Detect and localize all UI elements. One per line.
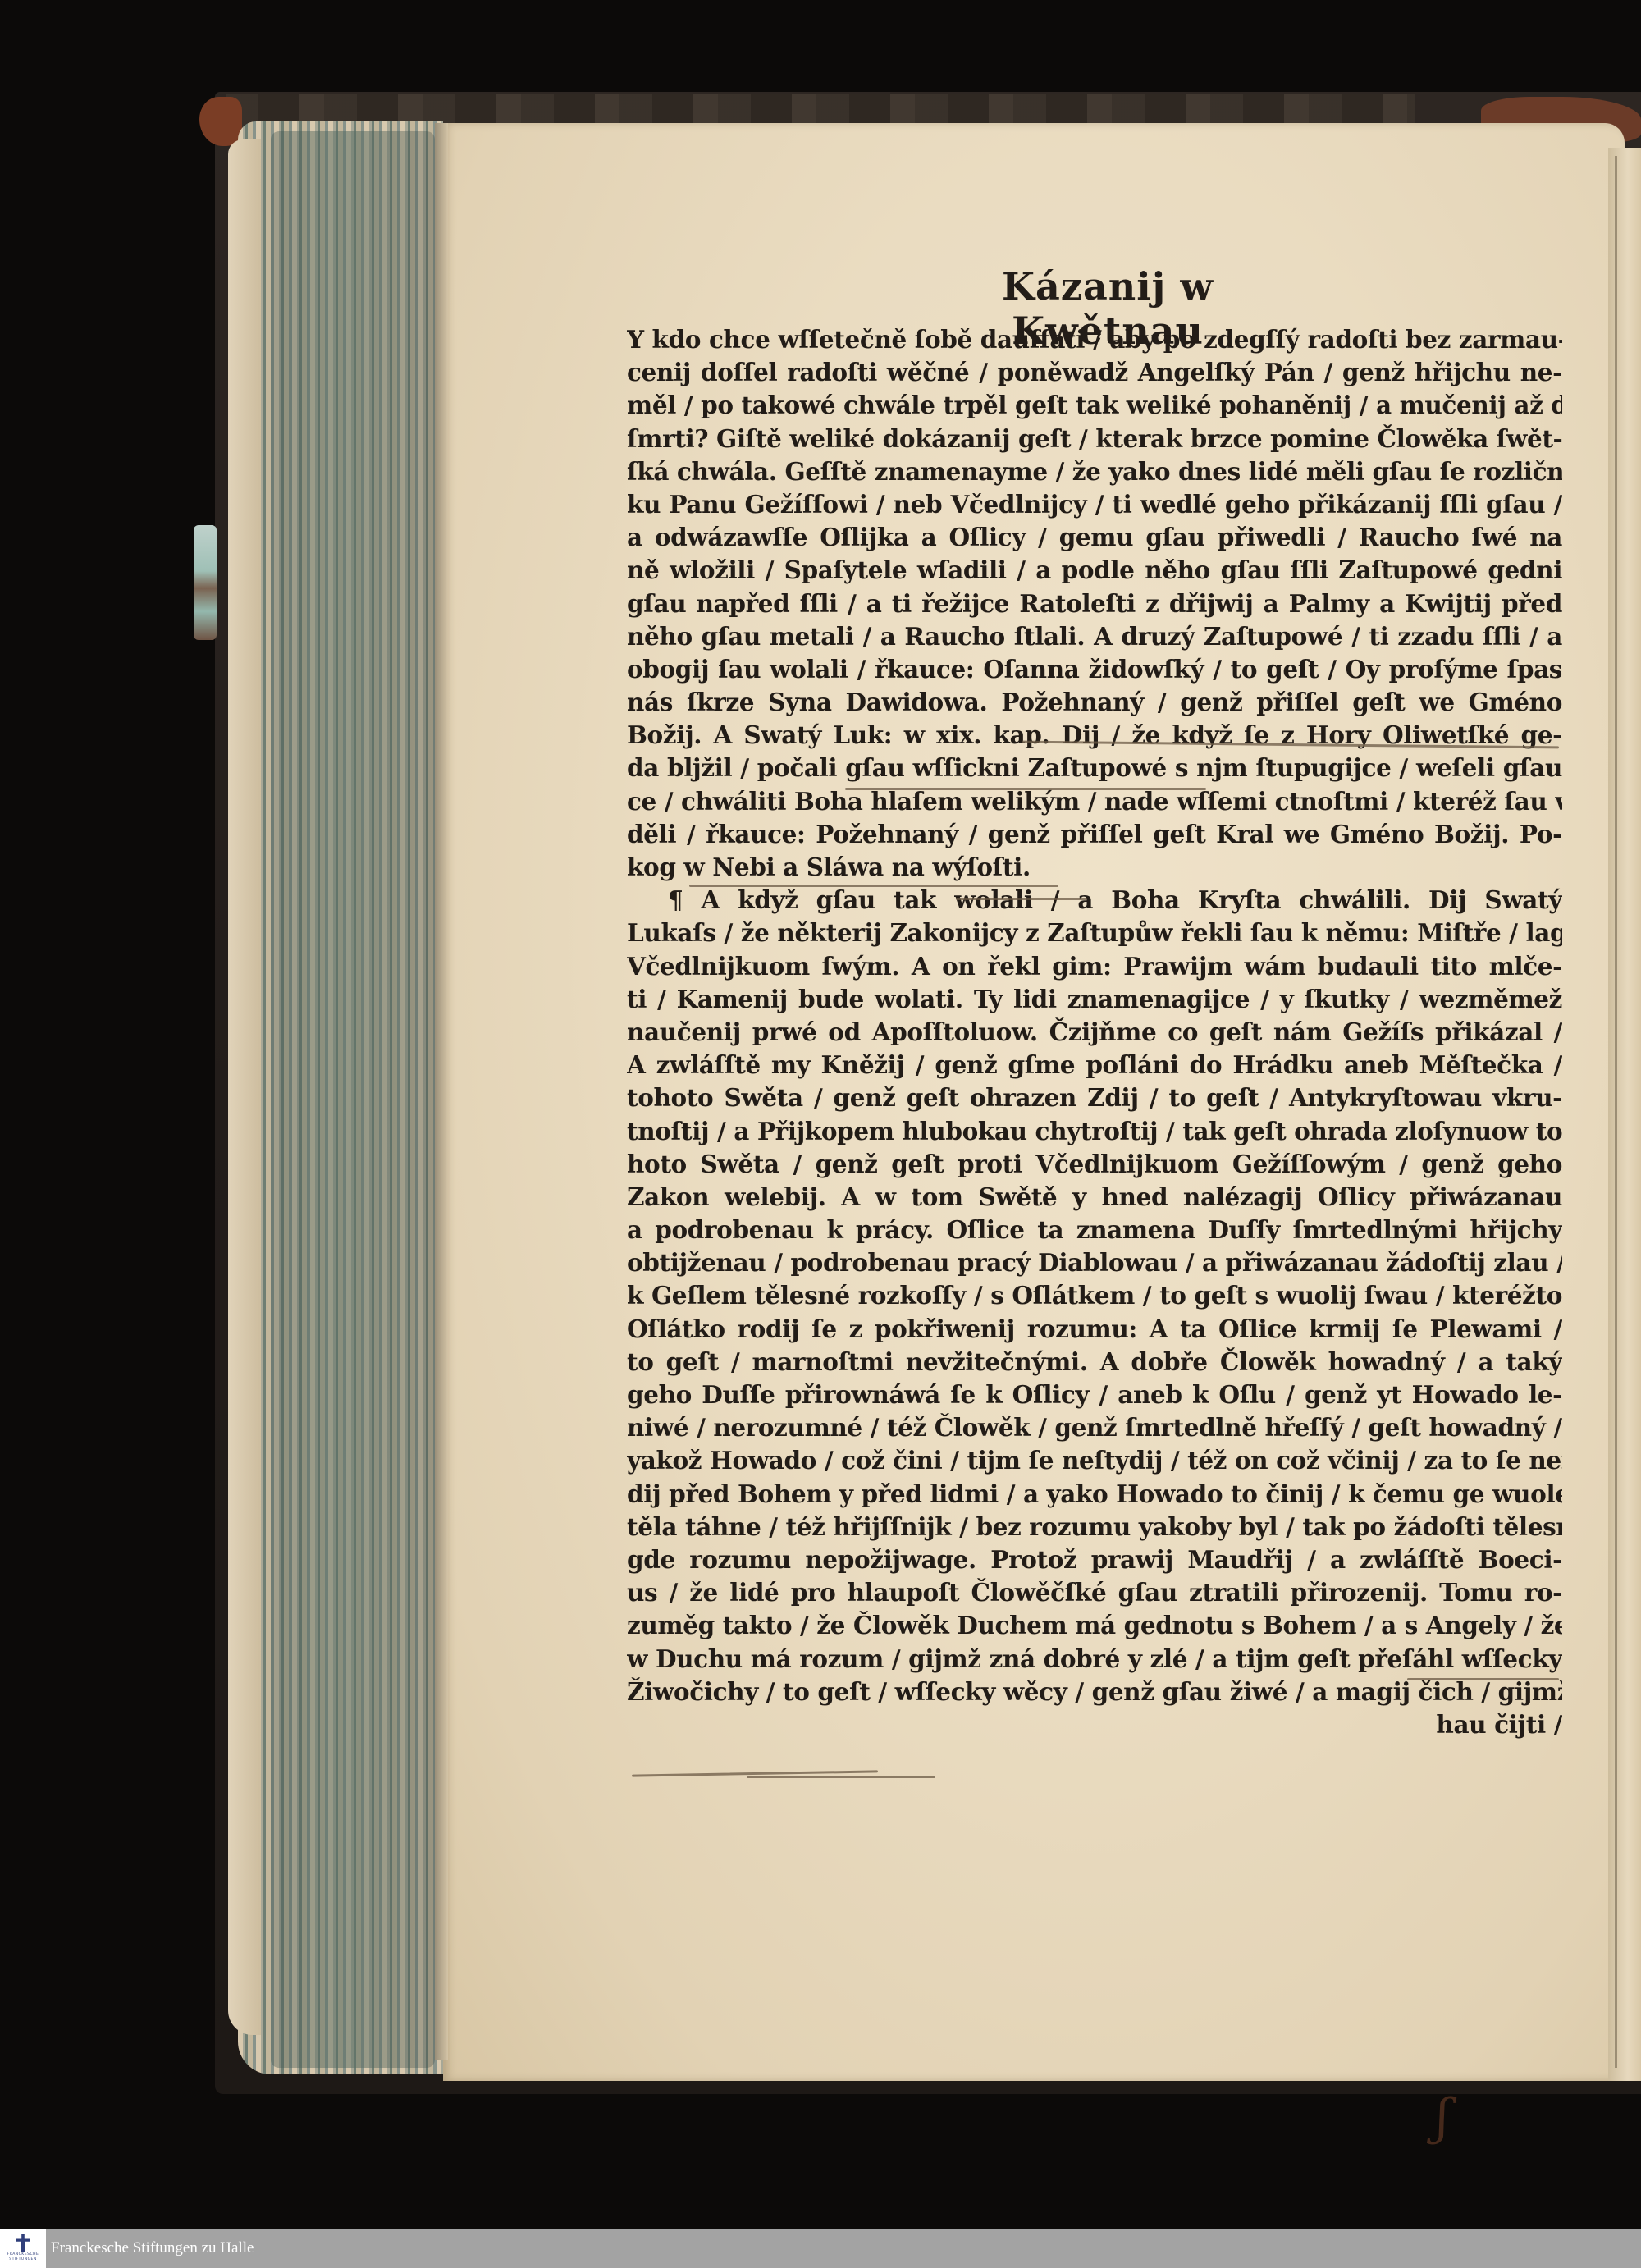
text-line: ſká chwála. Geſſtě znamenayme / že yako …	[627, 455, 1562, 488]
text-line: děli / řkauce: Požehnaný / genž přiſſel …	[627, 818, 1562, 851]
text-line: hoto Swěta / genž geſt proti Včedlnijkuo…	[627, 1148, 1562, 1181]
text-line: naučenij prwé od Apoſſtoluow. Čzijňme co…	[627, 1016, 1562, 1049]
text-line: obogij ſau wolali / řkauce: Oſanna židow…	[627, 653, 1562, 686]
text-line: cenij doſſel radoſti wěčné / poněwadž An…	[627, 356, 1562, 389]
text-line: těla táhne / též hřijſſnijk / bez rozumu…	[627, 1511, 1562, 1543]
page-right-crease	[1615, 156, 1617, 2068]
text-line: gde rozumu nepožijwage. Protož prawij Ma…	[627, 1543, 1562, 1576]
text-line: gſau napřed ſſli / a ti řežijce Ratoleſt…	[627, 588, 1562, 620]
text-line: kog w Nebi a Sláwa na wýſoſti.	[627, 851, 1562, 884]
ink-underline	[956, 898, 1087, 900]
ink-underline	[845, 788, 1206, 790]
scan-viewer: Kázanij w Kwětnau Y kdo chce wſſetečně ſ…	[0, 0, 1641, 2229]
text-line: obtijženau / podrobenau pracý Diablowau …	[627, 1246, 1562, 1279]
text-line: A zwláſſtě my Kněžij / genž gſme poſláni…	[627, 1049, 1562, 1081]
text-line: Včedlnijkuom ſwým. A on řekl gim: Prawij…	[627, 950, 1562, 983]
page-right-edge	[1608, 148, 1641, 2081]
handwritten-mark: ʃ	[1436, 2088, 1510, 2179]
text-line: a podrobenau k prácy. Oſlice ta znamena …	[627, 1214, 1562, 1246]
institution-logo: FRANCKESCHE STIFTUNGEN	[0, 2229, 46, 2268]
text-line: ku Panu Gežíſſowi / neb Včedlnijcy / ti …	[627, 488, 1562, 521]
text-line: us / že lidé pro hlaupoſt Člowěčſké gſau…	[627, 1576, 1562, 1609]
footer-bar: FRANCKESCHE STIFTUNGEN Franckesche Stift…	[0, 2229, 1641, 2268]
text-line: Y kdo chce wſſetečně ſobě dauffati / aby…	[627, 323, 1562, 356]
paragraph-start-line: ¶ A když gſau tak wolali / a Boha Kryſta…	[627, 884, 1562, 917]
text-line: zuměg takto / že Člowěk Duchem má gednot…	[627, 1609, 1562, 1642]
text-line: měl / po takowé chwále trpěl geſt tak we…	[627, 389, 1562, 422]
text-line: Zakon welebij. A w tom Swětě y hned nalé…	[627, 1181, 1562, 1214]
cover-damage-top-left	[199, 97, 242, 146]
ink-underline	[1407, 1678, 1559, 1680]
page-gutter	[435, 123, 448, 2060]
text-line: něho gſau metali / a Raucho ſtlali. A dr…	[627, 620, 1562, 653]
text-line: ně wložili / Spaſytele wſadili / a podle…	[627, 554, 1562, 587]
institution-name: Franckesche Stiftungen zu Halle	[51, 2239, 254, 2257]
logo-caption: STIFTUNGEN	[9, 2257, 37, 2262]
text-line: tohoto Swěta / genž geſt ohrazen Zdij / …	[627, 1081, 1562, 1114]
page-stack-shading	[271, 131, 435, 2068]
flyleaf	[228, 139, 261, 2035]
text-line: nás ſkrze Syna Dawidowa. Požehnaný / gen…	[627, 686, 1562, 719]
text-line: a odwázawſſe Oſlijka a Oſlicy / gemu gſa…	[627, 521, 1562, 554]
text-line: Lukaſs / že některij Zakonijcy z Zaſtupů…	[627, 917, 1562, 949]
text-line: da bljžil / počali gſau wſſickni Zaſtupo…	[627, 752, 1562, 784]
text-line: yakož Howado / což čini / tijm ſe neſtyd…	[627, 1444, 1562, 1477]
ink-underline	[689, 885, 1058, 887]
logo-figure-icon	[16, 2234, 30, 2252]
clasp-remnant	[194, 525, 217, 640]
text-line: to geſt / marnoſtmi nevžitečnými. A dobř…	[627, 1346, 1562, 1379]
text-body: Y kdo chce wſſetečně ſobě dauffati / aby…	[627, 323, 1562, 1741]
text-line: niwé / nerozumné / též Člowěk / genž ſmr…	[627, 1411, 1562, 1444]
text-line: tnoſtij / a Přijkopem hlubokau chytroſti…	[627, 1115, 1562, 1148]
text-line: ſmrti? Giſtě weliké dokázanij geſt / kte…	[627, 423, 1562, 455]
text-line: geho Duſſe přirownáwá ſe k Oſlicy / aneb…	[627, 1379, 1562, 1411]
ink-underline	[747, 1776, 935, 1778]
text-line: ti / Kamenij bude wolati. Ty lidi znamen…	[627, 983, 1562, 1016]
text-line: Oſlátko rodij ſe z pokřiwenij rozumu: A …	[627, 1313, 1562, 1346]
text-line: w Duchu má rozum / gijmž zná dobré y zlé…	[627, 1643, 1562, 1676]
text-line: dij před Bohem y před lidmi / a yako How…	[627, 1478, 1562, 1511]
catchword-line: hau čijti /	[627, 1708, 1562, 1741]
text-line: k Geſlem tělesné rozkoſſy / s Oſlátkem /…	[627, 1279, 1562, 1312]
